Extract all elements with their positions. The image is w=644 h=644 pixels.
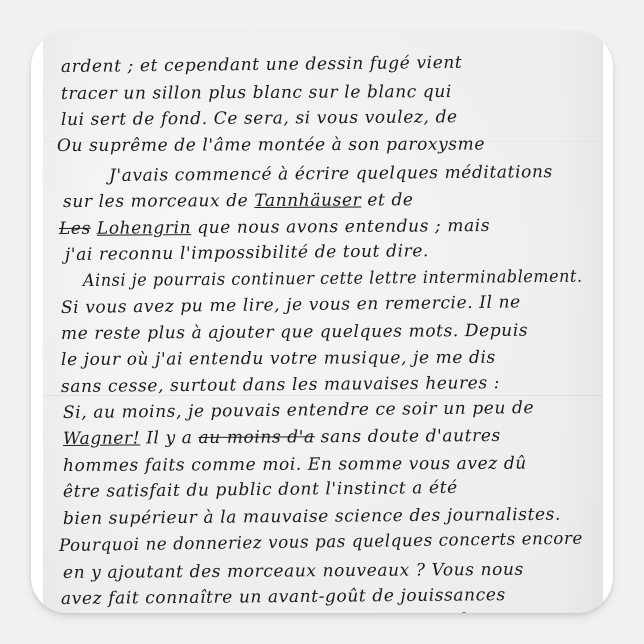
manuscript-line: Si vous avez pu me lire, je vous en reme… — [61, 292, 521, 318]
manuscript-line: en y ajoutant des morceaux nouveaux ? Vo… — [63, 560, 524, 583]
manuscript-line: hommes faits comme moi. En somme vous av… — [63, 454, 527, 476]
manuscript-line: J'avais commencé à écrire quelques médit… — [109, 162, 553, 186]
manuscript-line: avez fait connaître un avant-goût de jou… — [61, 585, 506, 609]
manuscript-line: Pourquoi ne donneriez vous pas quelques … — [59, 529, 583, 556]
manuscript-line: lui sert de fond. Ce sera, si vous voule… — [61, 107, 458, 130]
manuscript-line: sur les morceaux de Tannhäuser et de — [63, 190, 414, 212]
manuscript-line: Wagner! Il y a au moins d'a sans doute d… — [63, 426, 501, 449]
handwritten-letter: ardent ; et cependant une dessin fugé vi… — [43, 31, 603, 613]
manuscript-line: Si, au moins, je pouvais entendre ce soi… — [63, 398, 534, 423]
manuscript-line: Les Lohengrin que nous avons entendus ; … — [59, 216, 490, 239]
product-preview-stage: ardent ; et cependant une dessin fugé vi… — [0, 0, 644, 644]
manuscript-line: me reste plus à ajouter que quelques mot… — [61, 321, 528, 344]
manuscript-line: tracer un sillon plus blanc sur le blanc… — [61, 82, 452, 104]
manuscript-line: bien supérieur à la mauvaise science des… — [63, 505, 561, 529]
manuscript-line: le droit de nous priver du reste — [243, 609, 532, 613]
manuscript-line: le jour où j'ai entendu votre musique, j… — [61, 348, 496, 370]
manuscript-paper: ardent ; et cependant une dessin fugé vi… — [43, 31, 603, 613]
manuscript-line: Ainsi je pourrais continuer cette lettre… — [83, 267, 583, 291]
manuscript-line: être satisfait du public dont l'instinct… — [63, 478, 458, 502]
manuscript-line: ardent ; et cependant une dessin fugé vi… — [61, 53, 462, 77]
square-sticker: ardent ; et cependant une dessin fugé vi… — [31, 31, 613, 613]
manuscript-line: sans cesse, surtout dans les mauvaises h… — [61, 373, 500, 397]
manuscript-line: Ou suprême de l'âme montée à son paroxys… — [57, 135, 485, 156]
manuscript-line: j'ai reconnu l'impossibilité de tout dir… — [65, 241, 429, 265]
